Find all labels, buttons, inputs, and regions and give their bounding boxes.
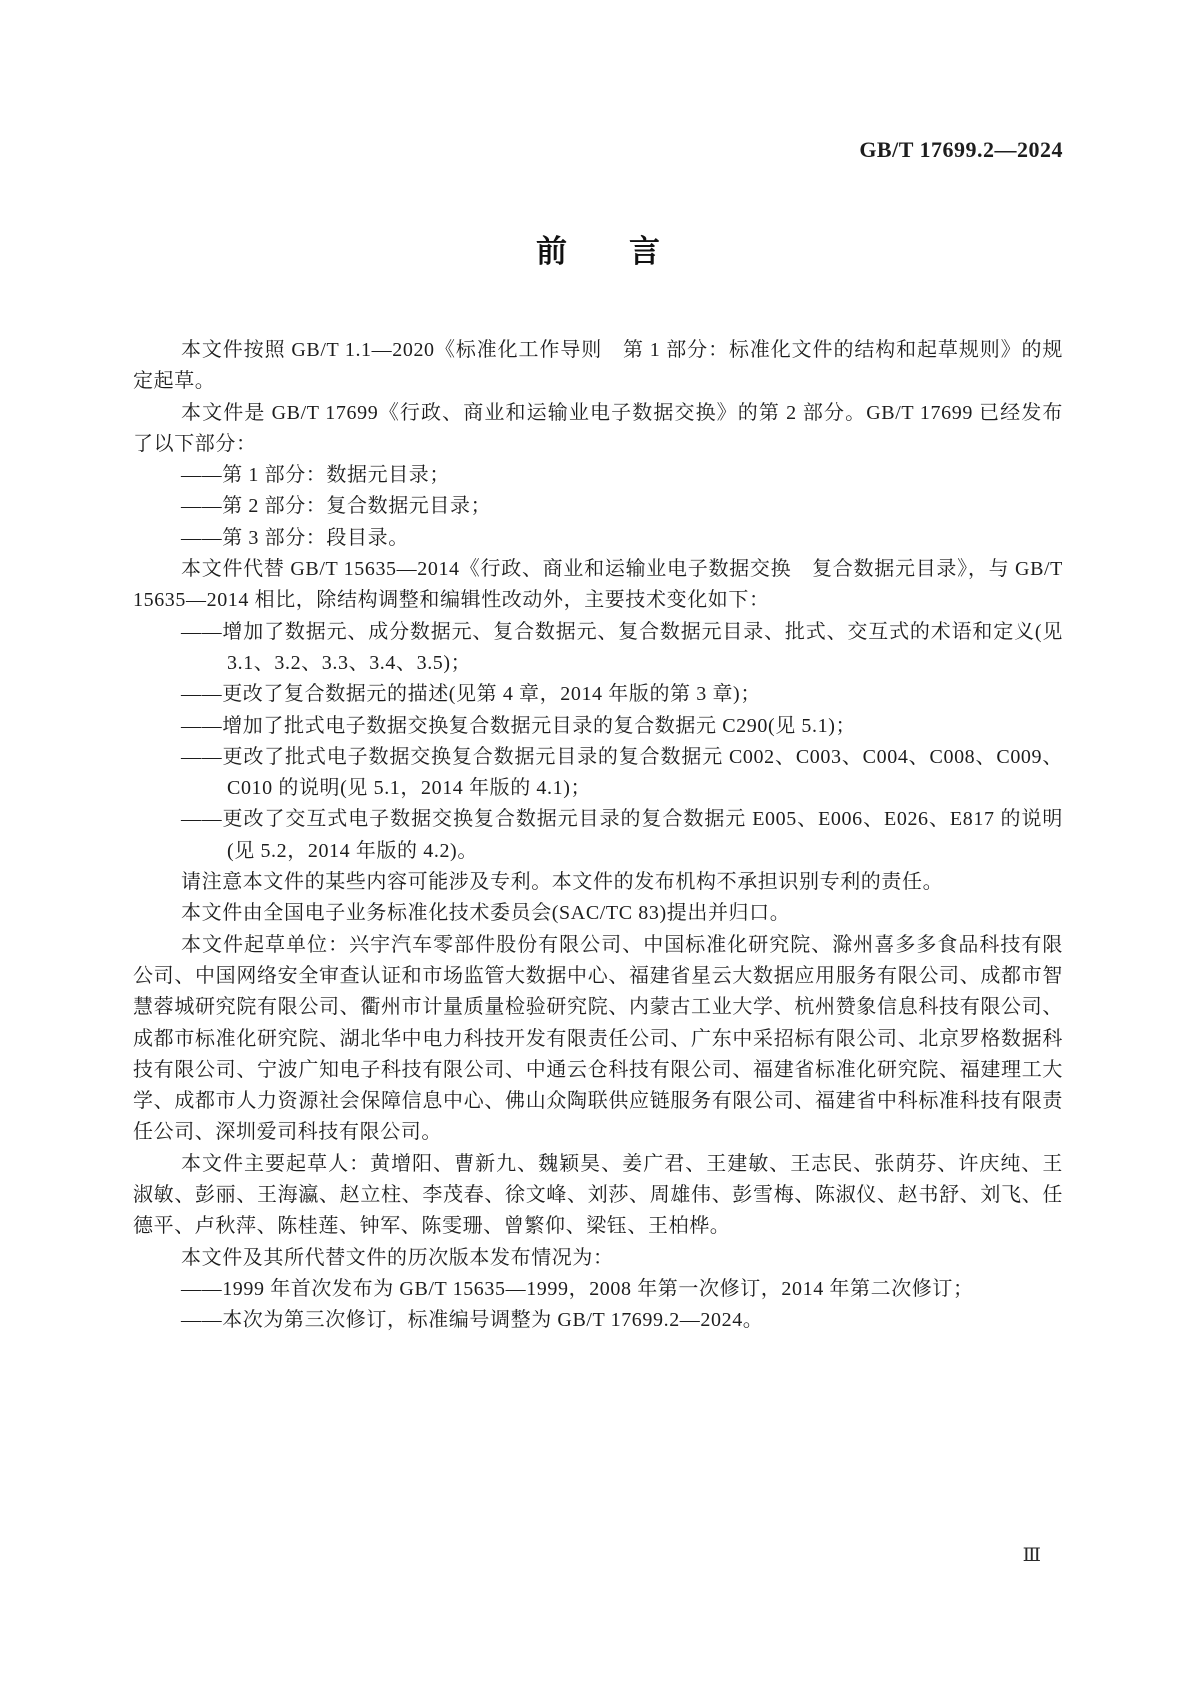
page-number: Ⅲ [1023, 1544, 1041, 1567]
standard-number-header: GB/T 17699.2—2024 [859, 137, 1063, 163]
document-page: GB/T 17699.2—2024 前 言 本文件按照 GB/T 1.1—202… [0, 0, 1191, 1685]
foreword-list-item: ——第 1 部分：数据元目录； [133, 460, 1063, 491]
foreword-body: 本文件按照 GB/T 1.1—2020《标准化工作导则 第 1 部分：标准化文件… [133, 335, 1063, 1337]
foreword-paragraph: 本文件代替 GB/T 15635—2014《行政、商业和运输业电子数据交换 复合… [133, 554, 1063, 617]
foreword-list-item: ——更改了交互式电子数据交换复合数据元目录的复合数据元 E005、E006、E0… [133, 804, 1063, 867]
foreword-paragraph: 本文件是 GB/T 17699《行政、商业和运输业电子数据交换》的第 2 部分。… [133, 398, 1063, 461]
foreword-list-item: ——增加了数据元、成分数据元、复合数据元、复合数据元目录、批式、交互式的术语和定… [133, 617, 1063, 680]
foreword-paragraph: 本文件及其所代替文件的历次版本发布情况为： [133, 1243, 1063, 1274]
foreword-paragraph: 本文件起草单位：兴宇汽车零部件股份有限公司、中国标准化研究院、滁州喜多多食品科技… [133, 930, 1063, 1149]
foreword-list-item: ——第 3 部分：段目录。 [133, 523, 1063, 554]
foreword-paragraph: 本文件按照 GB/T 1.1—2020《标准化工作导则 第 1 部分：标准化文件… [133, 335, 1063, 398]
foreword-list-item: ——更改了复合数据元的描述(见第 4 章，2014 年版的第 3 章)； [133, 679, 1063, 710]
foreword-title: 前 言 [133, 226, 1063, 271]
foreword-list-item: ——增加了批式电子数据交换复合数据元目录的复合数据元 C290(见 5.1)； [133, 711, 1063, 742]
foreword-list-item: ——本次为第三次修订，标准编号调整为 GB/T 17699.2—2024。 [133, 1305, 1063, 1336]
foreword-paragraph: 请注意本文件的某些内容可能涉及专利。本文件的发布机构不承担识别专利的责任。 [133, 867, 1063, 898]
foreword-list-item: ——更改了批式电子数据交换复合数据元目录的复合数据元 C002、C003、C00… [133, 742, 1063, 805]
foreword-list-item: ——1999 年首次发布为 GB/T 15635—1999，2008 年第一次修… [133, 1274, 1063, 1305]
foreword-paragraph: 本文件由全国电子业务标准化技术委员会(SAC/TC 83)提出并归口。 [133, 898, 1063, 929]
foreword-paragraph: 本文件主要起草人：黄增阳、曹新九、魏颖昊、姜广君、王建敏、王志民、张荫芬、许庆纯… [133, 1149, 1063, 1243]
foreword-list-item: ——第 2 部分：复合数据元目录； [133, 491, 1063, 522]
